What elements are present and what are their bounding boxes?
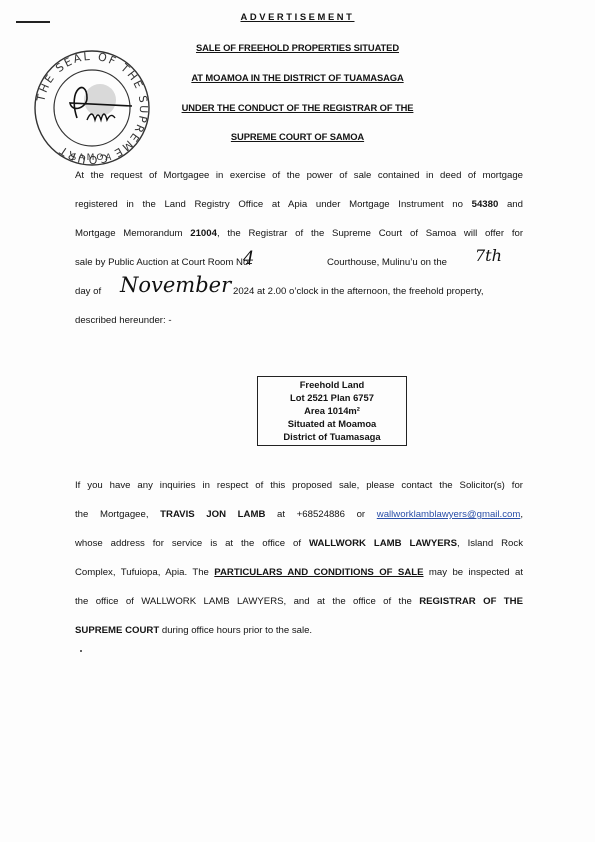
handwritten-day: 7th [475, 246, 502, 265]
notice-line-2-text: registered in the Land Registry Office a… [75, 199, 472, 210]
handwritten-court-room: 4 [243, 248, 254, 269]
inquiry-line-6-suffix: during office hours prior to the sale. [159, 625, 312, 636]
law-firm-name: WALLWORK LAMB LAWYERS [309, 538, 457, 549]
notice-line-2-suffix: and [498, 199, 523, 210]
inquiry-line-3-suffix: , Island Rock [457, 538, 523, 549]
mortgage-instrument-number: 54380 [472, 199, 499, 210]
property-lot-plan: Lot 2521 Plan 6757 [258, 391, 406, 404]
notice-line-3: Mortgage Memorandum 21004, the Registrar… [75, 228, 523, 239]
inquiry-line-5-text: the office of WALLWORK LAMB LAWYERS, and… [75, 596, 419, 607]
inquiry-line-2-suffix: , [520, 509, 523, 520]
particulars-conditions: PARTICULARS AND CONDITIONS OF SALE [214, 567, 423, 578]
svg-text:SAMOA: SAMOA [71, 153, 114, 163]
inquiry-line-2: the Mortgagee, TRAVIS JON LAMB at +68524… [75, 509, 523, 520]
property-area: Area 1014m² [258, 404, 406, 417]
court-seal-icon: THE SEAL OF THE SUPREME COURT SAMOA [32, 48, 152, 168]
inquiry-line-5: the office of WALLWORK LAMB LAWYERS, and… [75, 596, 523, 607]
property-location: Situated at Moamoa [258, 417, 406, 430]
supreme-court-text: SUPREME COURT [75, 625, 159, 636]
notice-line-4: sale by Public Auction at Court Room No. [75, 257, 251, 268]
inquiry-line-6: SUPREME COURT during office hours prior … [75, 625, 312, 636]
handwritten-month: November [120, 273, 231, 297]
email-link[interactable]: wallworklamblawyers@gmail.com [377, 509, 521, 520]
inquiry-line-4-text: Complex, Tufuiopa, Apia. The [75, 567, 214, 578]
property-type: Freehold Land [258, 378, 406, 391]
notice-line-5: day of [75, 286, 101, 297]
courthouse-text: Courthouse, Mulinu’u on the [327, 257, 447, 268]
registrar-title: REGISTRAR OF THE [419, 596, 523, 607]
inquiry-line-1: If you have any inquiries in respect of … [75, 480, 523, 491]
notice-line-1: At the request of Mortgagee in exercise … [75, 170, 523, 181]
document-title: ADVERTISEMENT [0, 11, 595, 22]
solicitor-name: TRAVIS JON LAMB [160, 509, 265, 520]
inquiry-line-3-text: whose address for service is at the offi… [75, 538, 309, 549]
notice-line-3-suffix: , the Registrar of the Supreme Court of … [217, 228, 523, 239]
date-time-text: 2024 at 2.00 o’clock in the afternoon, t… [233, 286, 484, 297]
inquiry-line-2-text: the Mortgagee, [75, 509, 160, 520]
mortgage-memorandum-number: 21004 [190, 228, 217, 239]
notice-line-2: registered in the Land Registry Office a… [75, 199, 523, 210]
inquiry-line-3: whose address for service is at the offi… [75, 538, 523, 549]
property-district: District of Tuamasaga [258, 430, 406, 443]
solicitor-phone: at +68524886 or [265, 509, 376, 520]
inquiry-line-4-suffix: may be inspected at [424, 567, 523, 578]
notice-line-3-text: Mortgage Memorandum [75, 228, 190, 239]
inquiry-line-4: Complex, Tufuiopa, Apia. The PARTICULARS… [75, 567, 523, 578]
scan-speck [80, 650, 82, 652]
notice-line-6: described hereunder: - [75, 315, 172, 326]
property-description-box: Freehold Land Lot 2521 Plan 6757 Area 10… [257, 376, 407, 446]
